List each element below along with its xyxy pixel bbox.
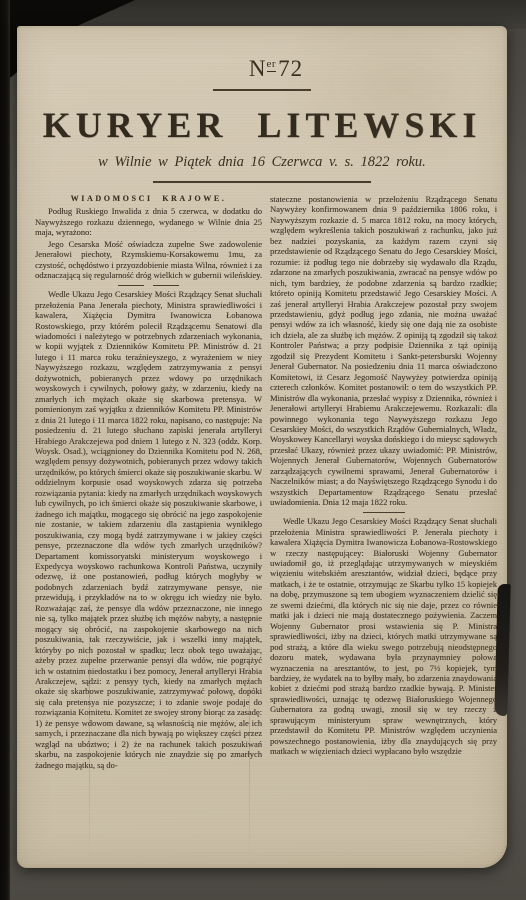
article-paragraph: Wedle Ukazu Jego Cesarskiey Mości Rządzą… <box>270 516 497 756</box>
divider-dash <box>363 512 405 514</box>
issue-prefix: N <box>249 56 267 81</box>
scan-artifact-tear <box>494 584 510 716</box>
article-paragraph: Podług Ruskiego Inwalida z dnia 5 czerwc… <box>35 206 262 237</box>
scan-background: Ner72 KURYER LITEWSKI w Wilnie w Piątek … <box>0 0 526 900</box>
article-columns: WIADOMOSCI KRAJOWE. Podług Ruskiego Inwa… <box>17 183 507 841</box>
section-heading-domestic-news: WIADOMOSCI KRAJOWE. <box>35 194 262 204</box>
divider-dash <box>153 285 179 287</box>
section-divider <box>35 285 262 287</box>
section-divider <box>270 512 497 514</box>
newspaper-page: Ner72 KURYER LITEWSKI w Wilnie w Piątek … <box>17 26 507 868</box>
article-paragraph-continuation: stateczne postanowienia w przełożeniu Rz… <box>270 194 497 508</box>
issue-superscript: er <box>267 58 277 72</box>
divider-dash <box>118 285 144 287</box>
masthead: Ner72 KURYER LITEWSKI w Wilnie w Piątek … <box>17 26 507 183</box>
issue-value: 72 <box>278 56 303 81</box>
right-column: stateczne postanowienia w przełożeniu Rz… <box>270 194 497 841</box>
dateline: w Wilnie w Piątek dnia 16 Czerwca v. s. … <box>17 154 507 171</box>
masthead-rule-top <box>213 89 311 91</box>
issue-number: Ner72 <box>31 56 521 82</box>
newspaper-title: KURYER LITEWSKI <box>17 104 507 146</box>
article-paragraph: Jego Cesarska Mość oświadcza zupełne Swe… <box>35 239 262 281</box>
left-column: WIADOMOSCI KRAJOWE. Podług Ruskiego Inwa… <box>35 194 262 841</box>
article-paragraph: Wedle Ukazu Jego Cesarskiey Mości Rządzą… <box>35 289 262 770</box>
scanner-bed-left-edge <box>0 0 10 900</box>
